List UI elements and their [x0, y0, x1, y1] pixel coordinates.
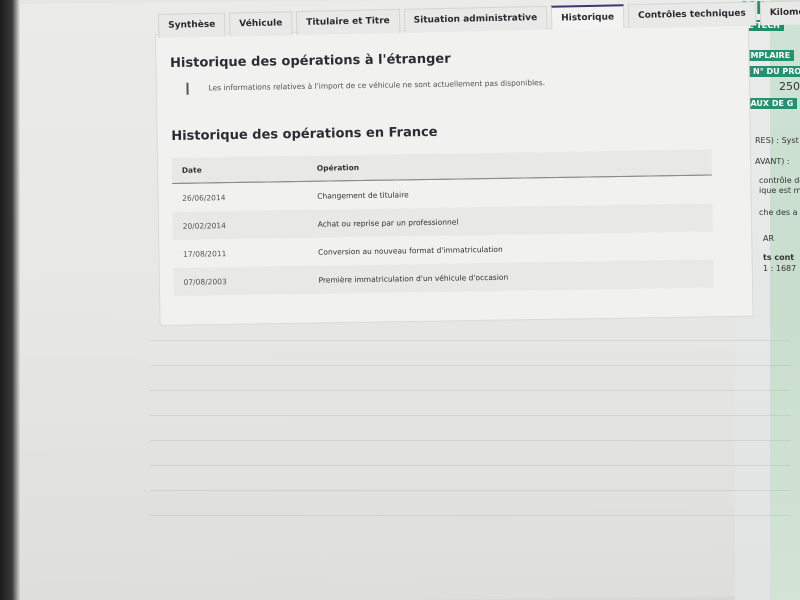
history-content: Historique des opérations à l'étranger L… — [170, 47, 719, 296]
tab-titulaire[interactable]: Titulaire et Titre — [296, 9, 400, 35]
row-date: 20/02/2014 — [172, 210, 307, 240]
foreign-history-info: Les informations relatives à l'import de… — [186, 74, 715, 94]
row-date: 26/06/2014 — [172, 181, 307, 212]
operations-table: Date Opération 26/06/2014 Changement de … — [172, 150, 714, 296]
bg-text-2: AVANT) : — [755, 157, 790, 166]
tab-synthese[interactable]: Synthèse — [158, 13, 226, 38]
tab-controles[interactable]: Contrôles techniques — [628, 1, 756, 28]
dark-edge — [0, 0, 20, 600]
france-history-title: Historique des opérations en France — [171, 120, 716, 144]
bg-text-7: ts cont — [763, 253, 794, 262]
faint-show-through-lines — [150, 340, 790, 540]
bg-text-3: contrôle de — [759, 176, 800, 185]
tab-vehicule[interactable]: Véhicule — [229, 11, 293, 36]
bg-label-2: N° DU PRO — [749, 66, 800, 77]
bg-text-5: che des a — [759, 208, 798, 217]
bg-text-1: RES) : Syst — [755, 136, 799, 145]
bg-text-4: ique est m — [759, 186, 800, 195]
tab-kilometrage[interactable]: Kilométrage — [760, 0, 800, 25]
tab-historique[interactable]: Historique — [551, 4, 624, 30]
row-date: 17/08/2011 — [173, 238, 308, 268]
column-date: Date — [172, 156, 307, 184]
bg-number: 250 — [779, 80, 800, 93]
row-date: 07/08/2003 — [173, 266, 308, 296]
bg-text-6: AR — [763, 234, 774, 243]
tab-situation[interactable]: Situation administrative — [403, 6, 547, 33]
bg-text-8: 1 : 1687 — [763, 264, 796, 273]
